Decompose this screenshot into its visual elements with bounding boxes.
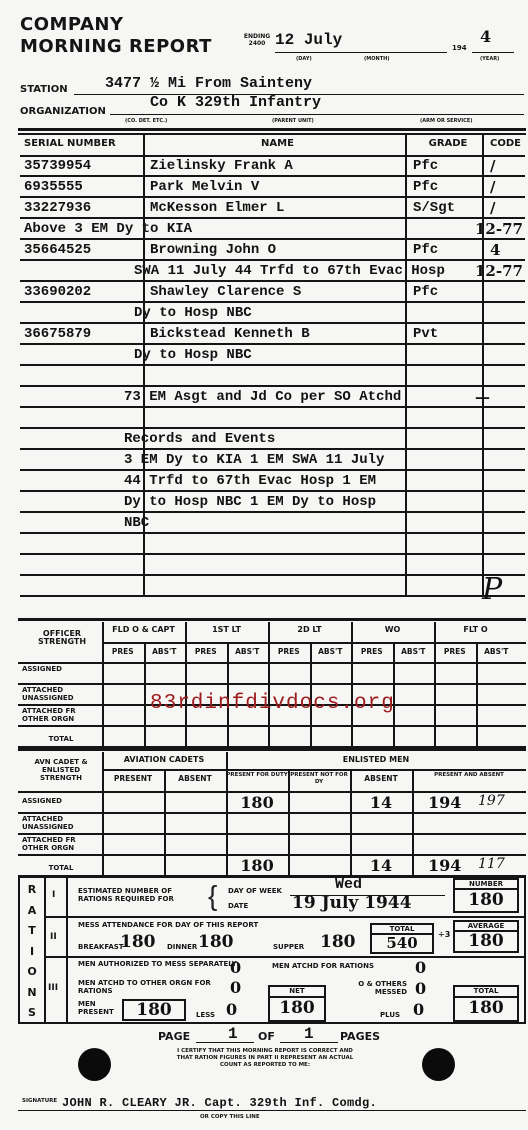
rations-numeral-divider (66, 875, 68, 1024)
status-code: / (490, 156, 525, 177)
roster-row: 35664525Browning John OPfc4 (20, 240, 525, 261)
org-caption-co: (CO. DET. ETC.) (125, 118, 167, 124)
rations-letter: T (22, 921, 42, 942)
rations-total-box: TOTAL 180 (453, 985, 519, 1022)
present-for-duty: 180 (226, 856, 288, 875)
officer-subcol: PRES (268, 648, 310, 656)
status-code: 4 (490, 240, 525, 261)
enlisted-strength-title: AVN CADET & ENLISTED STRENGTH (22, 758, 100, 782)
page-number: 1 (228, 1025, 238, 1043)
margin-note: 117 (478, 856, 505, 872)
mess-separately-value: 0 (230, 958, 241, 977)
remark-text: 73 EM Asgt and Jd Co per SO Atchd (24, 387, 519, 408)
present-and-absent: 194 (428, 856, 461, 875)
organization-label: ORGANIZATION (20, 106, 106, 117)
officer-subcol: PRES (351, 648, 393, 656)
header-divider (18, 128, 526, 131)
row-rule (20, 595, 525, 597)
enlisted-men-header: ENLISTED MEN (226, 756, 526, 764)
officer-row-label: ASSIGNED (22, 665, 100, 673)
col-code: CODE (490, 135, 525, 156)
officer-bottom-border (18, 748, 526, 751)
rations-ii-iii-divider (44, 956, 526, 958)
serial-number: 33227936 (24, 198, 144, 219)
roster-row: NBC (20, 513, 525, 534)
atchd-other-value: 0 (230, 978, 241, 997)
rations-total-value: 180 (455, 998, 517, 1019)
rations-total-label: TOTAL (455, 987, 517, 998)
rations-letter: R (22, 880, 42, 901)
officer-subcol: ABS'T (476, 648, 518, 656)
breakfast-value: 180 (120, 932, 156, 952)
report-day: 12 (275, 31, 294, 49)
roster-row: Dy to Hosp NBC (20, 345, 525, 366)
roster-row: Dy to Hosp NBC (20, 303, 525, 324)
col-serial-number: SERIAL NUMBER (24, 135, 144, 156)
day-of-week-label: DAY OF WEEK (228, 887, 282, 895)
enlisted-col-divider (288, 769, 290, 875)
aviation-cadets-header: AVIATION CADETS (102, 756, 226, 764)
present-for-duty: 180 (226, 793, 288, 812)
ration-date-value: 19 July 1944 (292, 893, 412, 913)
roster-row (20, 576, 525, 597)
serial-number: 33690202 (24, 282, 144, 303)
rations-side-divider (44, 875, 46, 1024)
organization-value: Co K 329th Infantry (150, 94, 321, 111)
enlisted-col-divider (412, 769, 414, 875)
roster-row (20, 408, 525, 429)
officer-row-label: TOTAL (22, 735, 100, 743)
remark-text: Records and Events (24, 429, 519, 450)
remark-text: Above 3 EM Dy to KIA (24, 219, 519, 240)
men-present-value: 180 (122, 999, 186, 1021)
remark-text: SWA 11 July 44 Trfd to 67th Evac Hosp (24, 261, 519, 282)
signature-value: JOHN R. CLEARY JR. Capt. 329th Inf. Comd… (62, 1096, 377, 1110)
rations-side-label: RATIONS (22, 880, 42, 1024)
officer-row-label: ATTACHED FR OTHER ORGN (22, 707, 100, 723)
enlisted-row-label: TOTAL (22, 864, 100, 872)
number-box: NUMBER 180 (453, 878, 519, 913)
punch-hole-left (78, 1048, 111, 1081)
soldier-grade: Pfc (413, 177, 483, 198)
estimated-rations-label: ESTIMATED NUMBER OF RATIONS REQUIRED FOR (78, 887, 208, 903)
roster-row: 6935555Park Melvin VPfc/ (20, 177, 525, 198)
roster-header-row: SERIAL NUMBER NAME GRADE CODE (20, 135, 525, 156)
less-value: 0 (226, 1000, 237, 1019)
officer-group-4: FLT O (434, 626, 517, 634)
soldier-name: Park Melvin V (150, 177, 405, 198)
enlisted-subcol: PRESENT NOT FOR DY (288, 772, 350, 786)
officer-top-border (18, 618, 526, 621)
men-present-label: MEN PRESENT (78, 1000, 120, 1016)
roster-row: SWA 11 July 44 Trfd to 67th Evac Hosp12-… (20, 261, 525, 282)
less-label: LESS (196, 1011, 215, 1019)
certify-line-3: COUNT AS REPORTED TO ME: (140, 1062, 390, 1069)
enlisted-row-rule (18, 812, 526, 814)
page-underline (196, 1042, 254, 1043)
org-caption-arm: (ARM OR SERVICE) (420, 118, 473, 124)
serial-number: 36675879 (24, 324, 144, 345)
certification-text: I CERTIFY THAT THIS MORNING REPORT IS CO… (140, 1048, 390, 1069)
soldier-grade: Pfc (413, 282, 483, 303)
plus-label: PLUS (380, 1011, 400, 1019)
officer-group-rule (102, 642, 526, 644)
dinner-value: 180 (198, 932, 234, 952)
enlisted-subcol: ABSENT (164, 775, 226, 783)
remark-text: 3 EM Dy to KIA 1 EM SWA 11 July (24, 450, 519, 471)
officer-subcol: PRES (434, 648, 476, 656)
status-code (490, 282, 525, 303)
average-box: AVERAGE 180 (453, 920, 519, 953)
officer-group-0: FLD O & CAPT (102, 626, 185, 634)
net-box: NET 180 (268, 985, 326, 1022)
number-value: 180 (455, 890, 517, 911)
roster-row: Records and Events (20, 429, 525, 450)
year-underline (472, 52, 514, 53)
plus-value: 0 (413, 1000, 424, 1019)
rations-top-border (18, 875, 526, 878)
rations-i-ii-divider (44, 916, 526, 918)
officer-subcol: ABS'T (310, 648, 352, 656)
divide-by-three: ÷3 (438, 930, 450, 939)
dinner-label: DINNER (167, 943, 197, 951)
roster-row (20, 366, 525, 387)
enlisted-row-label: ATTACHED FR OTHER ORGN (22, 836, 100, 852)
soldier-name: Shawley Clarence S (150, 282, 405, 303)
soldier-name: Bickstead Kenneth B (150, 324, 405, 345)
subcol-divider (476, 642, 478, 746)
of-label: OF (258, 1030, 275, 1043)
col-grade: GRADE (413, 135, 483, 156)
officer-subcol: PRES (185, 648, 227, 656)
total-pages: 1 (304, 1025, 314, 1043)
remark-text: Dy to Hosp NBC 1 EM Dy to Hosp (24, 492, 519, 513)
soldier-grade: Pfc (413, 240, 483, 261)
col-name: NAME (150, 135, 405, 156)
report-month: July (304, 31, 342, 49)
day-of-week-value: Wed (335, 876, 362, 893)
officer-subcol: PRES (102, 648, 144, 656)
section-ii-numeral: II (50, 932, 57, 942)
report-year: 4 (480, 27, 491, 46)
enlisted-subcol: PRESENT AND ABSENT (412, 772, 526, 779)
officer-group-2: 2D LT (268, 626, 351, 634)
roster-row: 73 EM Asgt and Jd Co per SO Atchd— (20, 387, 525, 408)
year-prefix: 194 (452, 44, 467, 52)
rations-letter: S (22, 1003, 42, 1024)
certify-line-2: THAT RATION FIGURES IN PART II REPRESENT… (140, 1055, 390, 1062)
net-value: 180 (270, 998, 324, 1019)
atchd-for-rations-value: 0 (415, 958, 426, 977)
station-value: 3477 ½ Mi From Sainteny (105, 75, 312, 92)
rations-letter: A (22, 901, 42, 922)
absent-count: 14 (350, 793, 412, 812)
average-value: 180 (455, 932, 517, 951)
enlisted-subcol: PRESENT (102, 775, 164, 783)
mess-attendance-label: MESS ATTENDANCE FOR DAY OF THIS REPORT (78, 921, 258, 929)
date-underline (275, 52, 447, 53)
roster-row: 44 Trfd to 67th Evac Hosp 1 EM (20, 471, 525, 492)
name-grade-divider (405, 135, 407, 597)
officer-group-3: WO (351, 626, 434, 634)
form-title-line1: COMPANY (20, 14, 124, 35)
roster-row (20, 555, 525, 576)
officer-row-rule (18, 683, 526, 685)
rations-left-border (18, 875, 20, 1024)
ending-label: ENDING 2400 (242, 33, 272, 47)
pages-label: PAGES (340, 1030, 380, 1043)
remark-text: Dy to Hosp NBC (24, 303, 519, 324)
roster-row: 35739954Zielinsky Frank APfc/ (20, 156, 525, 177)
day-caption: (DAY) (296, 56, 312, 62)
breakfast-label: BREAKFAST (78, 943, 124, 951)
station-label: STATION (20, 84, 68, 95)
subcol-divider (144, 642, 146, 746)
morning-report-page: COMPANY MORNING REPORT ENDING 2400 12 Ju… (0, 0, 528, 1130)
enlisted-row-label: ATTACHED UNASSIGNED (22, 815, 100, 831)
soldier-grade: Pvt (413, 324, 483, 345)
soldier-grade: S/Sgt (413, 198, 483, 219)
signature-label: SIGNATURE (22, 1098, 57, 1104)
remark-text: Dy to Hosp NBC (24, 345, 519, 366)
officer-group-1: 1ST LT (185, 626, 268, 634)
section-iii-numeral: III (48, 983, 58, 993)
serial-name-divider (143, 135, 145, 597)
certify-line-1: I CERTIFY THAT THIS MORNING REPORT IS CO… (140, 1048, 390, 1055)
net-label: NET (270, 987, 324, 998)
org-caption-parent: (PARENT UNIT) (272, 118, 314, 124)
enlisted-subcol: ABSENT (350, 775, 412, 783)
officer-subcol: ABS'T (227, 648, 269, 656)
rations-right-border (524, 875, 526, 1024)
roster-row: 33227936McKesson Elmer LS/Sgt/ (20, 198, 525, 219)
rations-letter: O (22, 962, 42, 983)
rations-letter: I (22, 942, 42, 963)
year-caption: (YEAR) (480, 56, 499, 62)
section-i-numeral: I (52, 890, 55, 900)
serial-number: 35739954 (24, 156, 144, 177)
officer-header-rule (18, 662, 526, 664)
absent-count: 14 (350, 856, 412, 875)
watermark: 83rdinfdivdocs.org (150, 692, 395, 715)
report-date: 12 July (275, 31, 342, 49)
roster-row: Above 3 EM Dy to KIA12-77 (20, 219, 525, 240)
punch-hole-right (422, 1048, 455, 1081)
roster-row (20, 534, 525, 555)
mess-separately-label: MEN AUTHORIZED TO MESS SEPARATELY (78, 960, 238, 968)
serial-number: 6935555 (24, 177, 144, 198)
page-label: PAGE (158, 1030, 190, 1043)
atchd-for-rations-label: MEN ATCHD FOR RATIONS (272, 962, 374, 970)
others-messed-value: 0 (415, 979, 426, 998)
signature-underline (18, 1110, 526, 1111)
status-code: / (490, 198, 525, 219)
soldier-name: Browning John O (150, 240, 405, 261)
roster-row: Dy to Hosp NBC 1 EM Dy to Hosp (20, 492, 525, 513)
roster-row: 36675879Bickstead Kenneth BPvt (20, 324, 525, 345)
rations-bottom-border (18, 1022, 526, 1024)
officer-row-label: ATTACHED UNASSIGNED (22, 686, 100, 702)
officer-subcol: ABS'T (144, 648, 186, 656)
soldier-grade: Pfc (413, 156, 483, 177)
total-box: TOTAL 540 (370, 923, 434, 954)
soldier-name: Zielinsky Frank A (150, 156, 405, 177)
remark-text: NBC (24, 513, 519, 534)
month-caption: (MONTH) (364, 56, 390, 62)
officer-strength-title: OFFICER STRENGTH (24, 630, 100, 646)
others-messed-label: O & OTHERS MESSED (345, 980, 407, 996)
officer-row-rule (18, 725, 526, 727)
enlisted-subcol: PRESENT FOR DUTY (226, 772, 288, 779)
total-value: 540 (372, 935, 432, 952)
remark-text: 44 Trfd to 67th Evac Hosp 1 EM (24, 471, 519, 492)
supper-label: SUPPER (273, 943, 304, 951)
atchd-other-label: MEN ATCHD TO OTHER ORGN FOR RATIONS (78, 979, 238, 995)
initial-mark: P (482, 572, 502, 607)
signature-caption: OR COPY THIS LINE (200, 1114, 260, 1120)
date-label: DATE (228, 902, 248, 910)
serial-number: 35664525 (24, 240, 144, 261)
grade-code-divider (482, 135, 484, 597)
form-title-line2: MORNING REPORT (20, 36, 212, 57)
number-label: NUMBER (455, 880, 517, 890)
organization-underline (110, 114, 524, 115)
margin-note: 197 (478, 793, 505, 809)
status-code: / (490, 177, 525, 198)
soldier-name: McKesson Elmer L (150, 198, 405, 219)
enlisted-row-label: ASSIGNED (22, 797, 100, 805)
rations-letter: N (22, 983, 42, 1004)
supper-value: 180 (320, 932, 356, 952)
roster-row: 33690202Shawley Clarence SPfc (20, 282, 525, 303)
enlisted-row-rule (18, 833, 526, 835)
enlisted-col-divider (164, 769, 166, 875)
status-code (490, 324, 525, 345)
officer-subcol: ABS'T (393, 648, 435, 656)
present-and-absent: 194 (428, 793, 461, 812)
roster-row: 3 EM Dy to KIA 1 EM SWA 11 July (20, 450, 525, 471)
